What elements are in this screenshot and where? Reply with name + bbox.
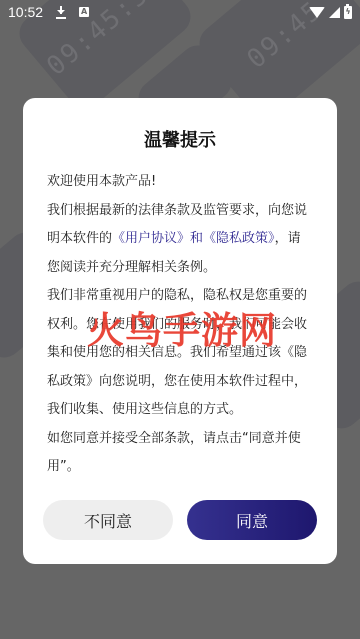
agree-button[interactable]: 同意 [187,500,317,540]
dialog-body: 欢迎使用本款产品! 我们根据最新的法律条款及监管要求，向您说明本软件的《用户协议… [47,168,313,482]
agreement-paragraph: 我们根据最新的法律条款及监管要求，向您说明本软件的《用户协议》和《隐私政策》，请… [47,197,313,283]
status-bar: 10:52 A ϟ [0,0,360,24]
dialog-title: 温馨提示 [47,128,313,154]
battery-charging-icon: ϟ [344,6,352,19]
a-notification-icon: A [79,7,89,17]
privacy-paragraph: 我们非常重视用户的隐私，隐私权是您重要的权利。您在使用我们的服务时，我们可能会收… [47,282,313,425]
agreement-and-text: 和 [190,231,203,246]
consent-paragraph: 如您同意并接受全部条款，请点击“同意并使用”。 [47,425,313,482]
privacy-policy-link[interactable]: 《隐私政策》 [203,231,275,246]
status-bar-left: 10:52 A [8,4,89,20]
wifi-icon [309,7,325,18]
decline-button[interactable]: 不同意 [43,500,173,540]
privacy-dialog: 温馨提示 欢迎使用本款产品! 我们根据最新的法律条款及监管要求，向您说明本软件的… [23,98,337,564]
status-time: 10:52 [8,4,43,20]
dialog-buttons: 不同意 同意 [43,500,317,540]
download-icon [55,5,67,19]
user-agreement-link[interactable]: 《用户协议》 [112,231,190,246]
status-bar-right: ϟ [309,6,352,19]
welcome-text: 欢迎使用本款产品! [47,168,313,197]
cell-signal-icon [329,7,340,18]
